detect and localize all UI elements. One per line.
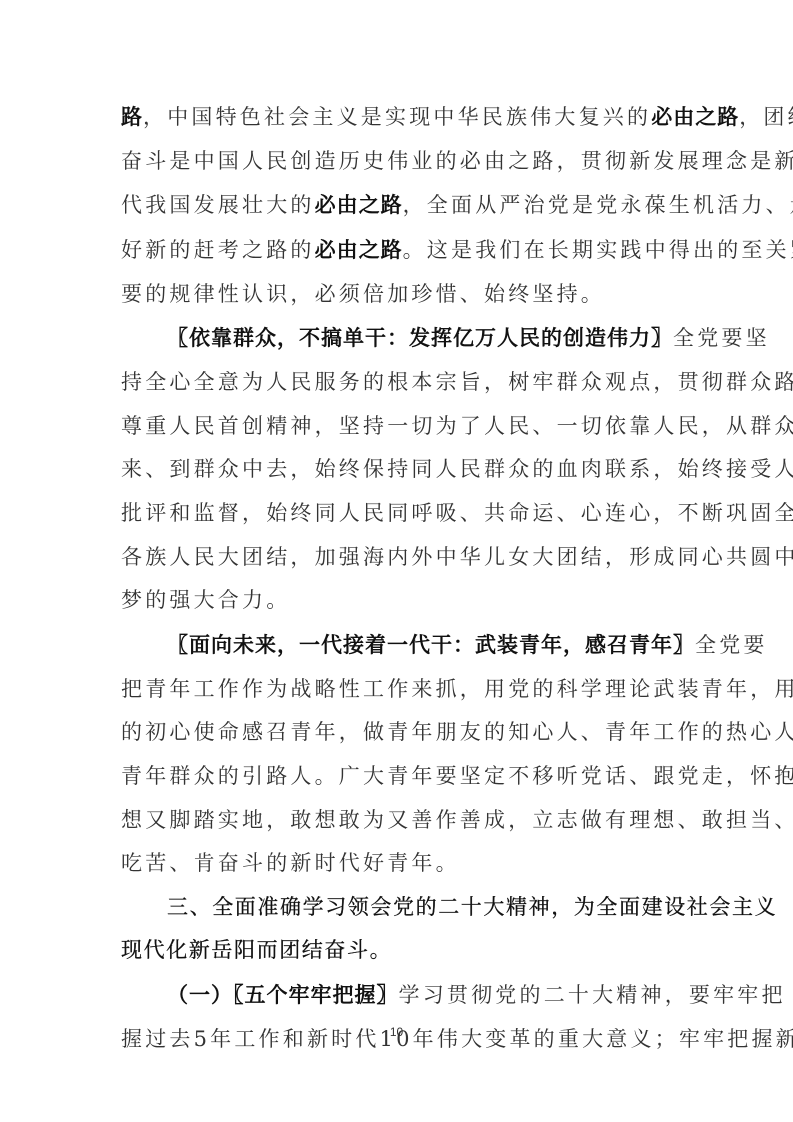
text-line: 吃苦、肯奋斗的新时代好青年。 — [121, 842, 673, 886]
text-line: 尊重人民首创精神，坚持一切为了人民、一切依靠人民，从群众中 — [121, 405, 673, 449]
bold-text: 必由之路 — [651, 104, 739, 129]
text-run: 批评和监督，始终同人民同呼吸、共命运、心连心，不断巩固全国 — [121, 501, 793, 525]
bold-text: （一）〖五个牢牢把握〗 — [167, 982, 399, 1007]
text-line: 奋斗是中国人民创造历史伟业的必由之路，贯彻新发展理念是新时 — [121, 140, 673, 184]
paragraph: 路，中国特色社会主义是实现中华民族伟大复兴的必由之路，团结奋斗是中国人民创造历史… — [121, 95, 673, 316]
text-line: 各族人民大团结，加强海内外中华儿女大团结，形成同心共圆中国 — [121, 536, 673, 580]
paragraph: （一）〖五个牢牢把握〗学习贯彻党的二十大精神，要牢牢把握过去5年工作和新时代10… — [121, 973, 673, 1061]
text-run: 尊重人民首创精神，坚持一切为了人民、一切依靠人民，从群众中 — [121, 414, 793, 438]
text-line: 持全心全意为人民服务的根本宗旨，树牢群众观点，贯彻群众路线， — [121, 361, 673, 405]
text-run: 来、到群众中去，始终保持同人民群众的血肉联系，始终接受人民 — [121, 457, 793, 481]
text-run: 全党要坚 — [673, 326, 770, 350]
text-run: 青年群众的引路人。广大青年要坚定不移听党话、跟党走，怀抱梦 — [121, 764, 793, 788]
text-line: 好新的赶考之路的必由之路。这是我们在长期实践中得出的至关紧 — [121, 228, 673, 273]
text-line: 梦的强大合力。 — [121, 579, 673, 623]
text-line: 三、全面准确学习领会党的二十大精神，为全面建设社会主义 — [121, 886, 673, 930]
bold-text: 必由之路 — [315, 192, 403, 217]
text-run: 奋斗是中国人民创造历史伟业的必由之路，贯彻新发展理念是新时 — [121, 149, 793, 173]
document-page: 路，中国特色社会主义是实现中华民族伟大复兴的必由之路，团结奋斗是中国人民创造历史… — [0, 0, 793, 1122]
text-line: 青年群众的引路人。广大青年要坚定不移听党话、跟党走，怀抱梦 — [121, 755, 673, 799]
page-number: 10 — [0, 1025, 793, 1039]
text-run: 全党要 — [695, 633, 768, 657]
text-run: 持全心全意为人民服务的根本宗旨，树牢群众观点，贯彻群众路线， — [121, 370, 793, 394]
text-line: 批评和监督，始终同人民同呼吸、共命运、心连心，不断巩固全国 — [121, 492, 673, 536]
text-line: 代我国发展壮大的必由之路，全面从严治党是党永葆生机活力、走 — [121, 183, 673, 228]
text-run: 要的规律性认识，必须倍加珍惜、始终坚持。 — [121, 282, 605, 306]
text-line: 〖依靠群众，不搞单干：发挥亿万人民的创造伟力〗全党要坚 — [121, 316, 673, 361]
paragraph: 〖依靠群众，不搞单干：发挥亿万人民的创造伟力〗全党要坚持全心全意为人民服务的根本… — [121, 316, 673, 623]
body-text: 路，中国特色社会主义是实现中华民族伟大复兴的必由之路，团结奋斗是中国人民创造历史… — [121, 95, 673, 1061]
text-run: 现代化新岳阳而团结奋斗。 — [121, 938, 392, 962]
text-run: 。这是我们在长期实践中得出的至关紧 — [403, 238, 793, 262]
text-run: ，团结 — [739, 105, 793, 129]
text-run: 的初心使命感召青年，做青年朋友的知心人、青年工作的热心人、 — [121, 720, 793, 744]
text-line: 想又脚踏实地，敢想敢为又善作善成，立志做有理想、敢担当、能 — [121, 799, 673, 843]
text-line: 现代化新岳阳而团结奋斗。 — [121, 929, 673, 973]
text-line: 把青年工作作为战略性工作来抓，用党的科学理论武装青年，用党 — [121, 668, 673, 712]
text-line: 〖面向未来，一代接着一代干：武装青年，感召青年〗全党要 — [121, 623, 673, 668]
text-run: ，中国特色社会主义是实现中华民族伟大复兴的 — [143, 105, 651, 129]
text-run: 各族人民大团结，加强海内外中华儿女大团结，形成同心共圆中国 — [121, 545, 793, 569]
text-line: （一）〖五个牢牢把握〗学习贯彻党的二十大精神，要牢牢把 — [121, 973, 673, 1018]
bold-text: 〖依靠群众，不搞单干：发挥亿万人民的创造伟力〗 — [167, 325, 673, 350]
bold-text: 〖面向未来，一代接着一代干：武装青年，感召青年〗 — [167, 632, 695, 657]
text-run: 吃苦、肯奋斗的新时代好青年。 — [121, 851, 460, 875]
text-run: 好新的赶考之路的 — [121, 238, 315, 262]
text-run: 三、全面准确学习领会党的二十大精神，为全面建设社会主义 — [167, 895, 777, 919]
text-line: 来、到群众中去，始终保持同人民群众的血肉联系，始终接受人民 — [121, 448, 673, 492]
text-run: 代我国发展壮大的 — [121, 193, 315, 217]
text-line: 的初心使命感召青年，做青年朋友的知心人、青年工作的热心人、 — [121, 711, 673, 755]
text-run: 学习贯彻党的二十大精神，要牢牢把 — [399, 983, 786, 1007]
bold-text: 路 — [121, 104, 143, 129]
bold-text: 必由之路 — [315, 237, 403, 262]
section-heading: 三、全面准确学习领会党的二十大精神，为全面建设社会主义现代化新岳阳而团结奋斗。 — [121, 886, 673, 973]
paragraph: 〖面向未来，一代接着一代干：武装青年，感召青年〗全党要把青年工作作为战略性工作来… — [121, 623, 673, 886]
text-run: 把青年工作作为战略性工作来抓，用党的科学理论武装青年，用党 — [121, 677, 793, 701]
text-line: 要的规律性认识，必须倍加珍惜、始终坚持。 — [121, 273, 673, 317]
text-run: 想又脚踏实地，敢想敢为又善作善成，立志做有理想、敢担当、能 — [121, 808, 793, 832]
text-run: ，全面从严治党是党永葆生机活力、走 — [403, 193, 793, 217]
text-line: 路，中国特色社会主义是实现中华民族伟大复兴的必由之路，团结 — [121, 95, 673, 140]
text-run: 梦的强大合力。 — [121, 588, 290, 612]
